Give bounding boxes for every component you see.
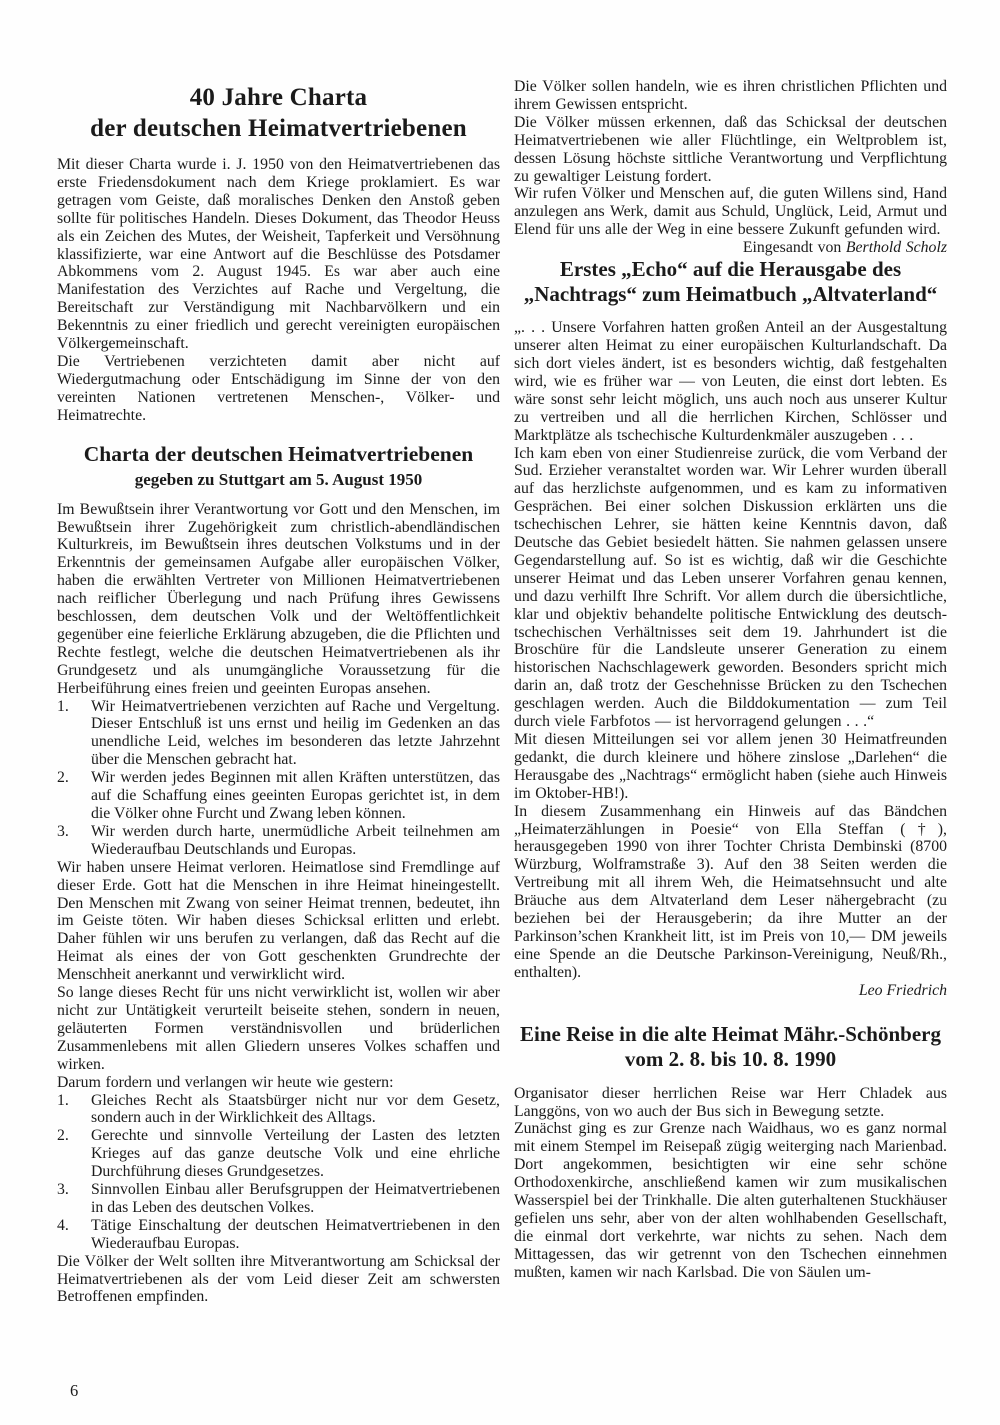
byline-name: Berthold Scholz [846,239,947,256]
reise-heading-line2: vom 2. 8. bis 10. 8. 1990 [625,1047,836,1071]
paragraph: Ich kam eben von einer Studienreise zurü… [514,445,947,732]
paragraph: Mit dieser Charta wurde i. J. 1950 von d… [57,156,500,353]
list-number: 2. [57,1127,91,1181]
list-number: 4. [57,1217,91,1253]
paragraph: So lange dieses Recht für uns nicht verw… [57,984,500,1074]
signature: Leo Friedrich [514,982,947,1000]
list-number: 3. [57,823,91,859]
echo-heading-line2: „Nachtrags“ zum Heimatbuch „Altvaterland… [524,282,938,306]
article1-heading: 40 Jahre Charta der deutschen Heimatvert… [57,82,500,144]
left-column: 40 Jahre Charta der deutschen Heimatvert… [57,78,500,1306]
list-item: 2. Wir werden jedes Beginnen mit allen K… [57,769,500,823]
article1-heading-line2: der deutschen Heimatvertriebenen [90,115,467,142]
paragraph: In diesem Zusammenhang ein Hinweis auf d… [514,803,947,982]
right-column: Die Völker sollen handeln, wie es ihren … [514,78,947,1306]
byline: Eingesandt von Berthold Scholz [743,239,947,257]
charta-list-2: 1. Gleiches Recht als Staatsbürger nicht… [57,1092,500,1253]
list-number: 3. [57,1181,91,1217]
paragraph: Wir haben unsere Heimat verloren. Heimat… [57,859,500,984]
paragraph: Die Vertriebenen verzichteten damit aber… [57,353,500,425]
list-text: Wir werden jedes Beginnen mit allen Kräf… [91,769,500,823]
list-item: 1. Wir Heimatvertriebenen verzichten auf… [57,698,500,770]
paragraph: Zunächst ging es zur Grenze nach Waidhau… [514,1120,947,1281]
charta-heading: Charta der deutschen Heimatvertriebenen [57,442,500,467]
list-number: 1. [57,698,91,770]
paragraph: Organisator dieser herrlichen Reise war … [514,1085,947,1121]
echo-heading: Erstes „Echo“ auf die Herausgabe des „Na… [514,257,947,307]
paragraph: Im Bewußtsein ihrer Verantwortung vor Go… [57,501,500,698]
paragraph: Mit diesen Mitteilungen sei vor allem je… [514,731,947,803]
paragraph-with-byline: Wir rufen Völker und Menschen auf, die g… [514,185,947,239]
list-text: Sinnvollen Einbau aller Berufsgruppen de… [91,1181,500,1217]
article1-heading-line1: 40 Jahre Charta [190,84,368,111]
list-number: 2. [57,769,91,823]
magazine-page: 40 Jahre Charta der deutschen Heimatvert… [0,0,1000,1425]
paragraph: Darum fordern und verlangen wir heute wi… [57,1074,500,1092]
paragraph-text: Wir rufen Völker und Menschen auf, die g… [514,185,947,238]
page-number: 6 [70,1381,78,1401]
list-item: 2. Gerechte und sinnvolle Verteilung der… [57,1127,500,1181]
list-item: 4. Tätige Einschaltung der deutschen Hei… [57,1217,500,1253]
reise-heading: Eine Reise in die alte Heimat Mähr.-Schö… [514,1022,947,1072]
paragraph: „. . . Unsere Vorfahren hatten großen An… [514,319,947,444]
paragraph: Die Völker müssen erkennen, daß das Schi… [514,114,947,186]
list-item: 3. Sinnvollen Einbau aller Berufsgruppen… [57,1181,500,1217]
list-text: Tätige Einschaltung der deutschen Heimat… [91,1217,500,1253]
paragraph: Die Völker sollen handeln, wie es ihren … [514,78,947,114]
list-item: 3. Wir werden durch harte, unermüdliche … [57,823,500,859]
list-text: Gleiches Recht als Staatsbürger nicht nu… [91,1092,500,1128]
list-text: Wir werden durch harte, unermüdliche Arb… [91,823,500,859]
charta-subheading: gegeben zu Stuttgart am 5. August 1950 [57,470,500,490]
byline-prefix: Eingesandt von [743,239,846,256]
paragraph: Die Völker der Welt sollten ihre Mitvera… [57,1253,500,1307]
list-text: Gerechte und sinnvolle Verteilung der La… [91,1127,500,1181]
two-column-layout: 40 Jahre Charta der deutschen Heimatvert… [57,78,947,1306]
list-number: 1. [57,1092,91,1128]
echo-heading-line1: Erstes „Echo“ auf die Herausgabe des [560,257,901,281]
list-text: Wir Heimatvertriebenen verzichten auf Ra… [91,698,500,770]
reise-heading-line1: Eine Reise in die alte Heimat Mähr.-Schö… [520,1022,941,1046]
charta-list-1: 1. Wir Heimatvertriebenen verzichten auf… [57,698,500,859]
list-item: 1. Gleiches Recht als Staatsbürger nicht… [57,1092,500,1128]
